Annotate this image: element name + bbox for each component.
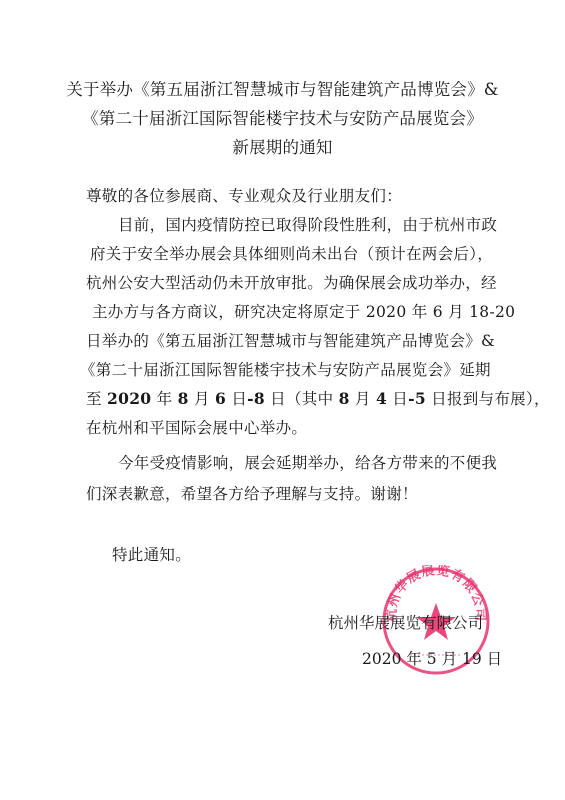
para1-line-4: 主办方与各方商议，研究决定将原定于 2020 年 6 月 18-20	[92, 300, 515, 322]
text-segment: 日	[387, 390, 408, 408]
bold-day-end: -8	[247, 389, 265, 408]
para2-line-1: 今年受疫情影响，展会延期举办，给各方带来的不便我	[118, 451, 497, 473]
para2-line-2: 们深表歉意，希望各方给予理解与支持。谢谢！	[86, 482, 418, 504]
bold-setup-month: 8	[339, 389, 350, 408]
salutation: 尊敬的各位参展商、专业观众及行业朋友们：	[86, 184, 402, 206]
para1-line-5: 日举办的《第五届浙江智慧城市与智能建筑产品博览会》&	[86, 329, 495, 351]
text-segment: 日	[226, 390, 247, 408]
para1-line-7: 至 2020 年 8 月 6 日-8 日（其中 8 月 4 日-5 日报到与布展…	[86, 387, 550, 409]
para1-line-1: 目前，国内疫情防控已取得阶段性胜利，由于杭州市政	[118, 213, 497, 235]
closing-text: 特此通知。	[112, 543, 191, 565]
text-segment: 月	[350, 390, 376, 408]
bold-month: 8	[178, 389, 189, 408]
title-line-2: 《第二十届浙江国际智能楼宇技术与安防产品展览会》	[0, 105, 565, 129]
para1-line-3: 杭州公安大型活动仍未开放审批。为确保展会成功举办，经	[86, 271, 497, 293]
text-segment: 年	[151, 390, 177, 408]
text-segment: 日（其中	[265, 390, 339, 408]
para1-line-2: 府关于安全举办展会具体细则尚未出台（预计在两会后），	[90, 242, 493, 264]
title-line-3: 新展期的通知	[0, 134, 565, 158]
signature-company: 杭州华展展览有限公司	[328, 611, 483, 633]
signature-date: 2020 年 5 月 19 日	[362, 647, 502, 669]
para1-line-8: 在杭州和平国际会展中心举办。	[86, 416, 307, 438]
bold-day-start: 6	[215, 389, 226, 408]
bold-setup-day-end: -5	[408, 389, 426, 408]
para1-line-6: 《第二十届浙江国际智能楼宇技术与安防产品展览会》延期	[80, 358, 491, 380]
bold-year: 2020	[107, 389, 151, 408]
title-line-1: 关于举办《第五届浙江智慧城市与智能建筑产品博览会》&	[0, 76, 565, 100]
text-segment: 至	[86, 390, 107, 408]
bold-setup-day-start: 4	[376, 389, 387, 408]
text-segment: 月	[189, 390, 215, 408]
text-segment: 日报到与布展），	[426, 390, 550, 408]
